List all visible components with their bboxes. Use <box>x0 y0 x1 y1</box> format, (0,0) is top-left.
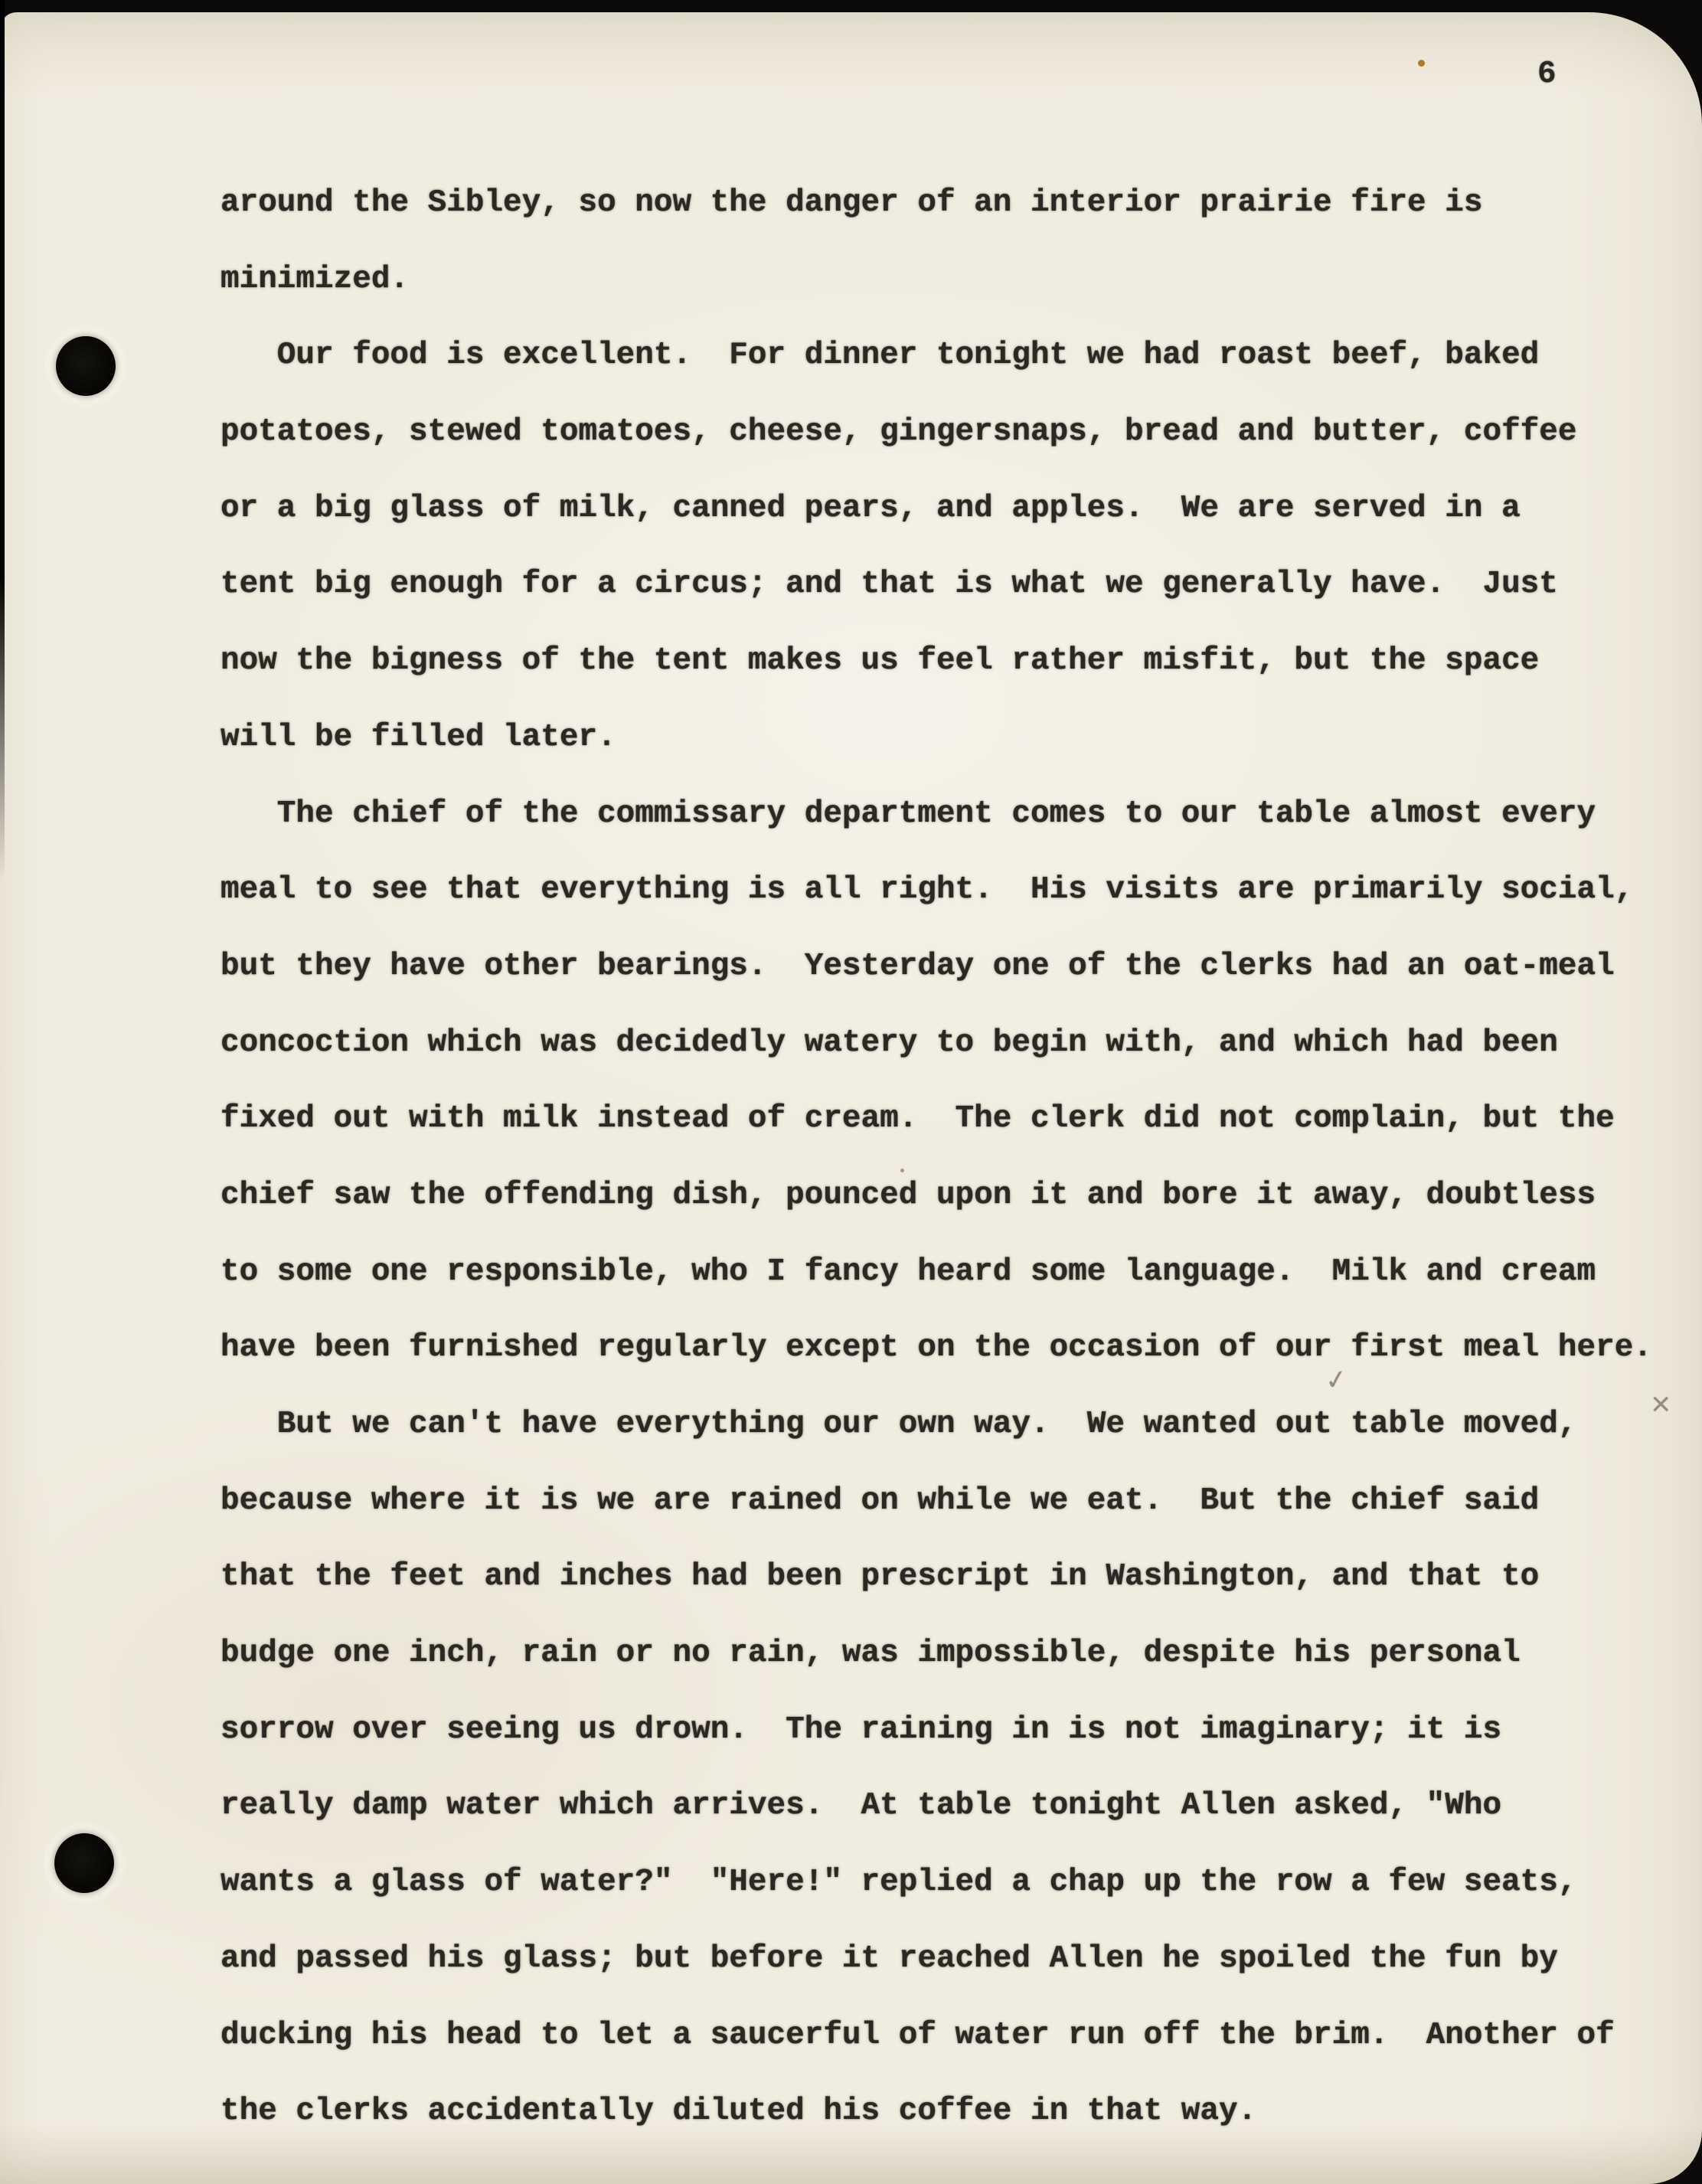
hole-punch-top-icon <box>56 336 116 396</box>
text-line: chief saw the offending dish, pounced up… <box>221 1158 1702 1234</box>
text-line: really damp water which arrives. At tabl… <box>221 1768 1702 1845</box>
paper-speck <box>1418 60 1425 67</box>
text-line: ducking his head to let a saucerful of w… <box>221 1998 1702 2074</box>
text-line: potatoes, stewed tomatoes, cheese, ginge… <box>221 394 1702 471</box>
text-line: But we can't have everything our own way… <box>221 1387 1702 1463</box>
text-line: but they have other bearings. Yesterday … <box>221 929 1702 1005</box>
text-line: Our food is excellent. For dinner tonigh… <box>221 318 1702 394</box>
hole-punch-bottom-icon <box>54 1833 114 1893</box>
text-line: tent big enough for a circus; and that i… <box>221 547 1702 623</box>
text-line: or a big glass of milk, canned pears, an… <box>221 471 1702 548</box>
text-line: to some one responsible, who I fancy hea… <box>221 1234 1702 1311</box>
text-line: minimized. <box>221 242 1702 319</box>
text-line: around the Sibley, so now the danger of … <box>221 165 1702 242</box>
pencil-x-mark: × <box>1651 1388 1671 1426</box>
text-line: wants a glass of water?" "Here!" replied… <box>221 1845 1702 1921</box>
text-line: now the bigness of the tent makes us fee… <box>221 623 1702 700</box>
text-line: have been furnished regularly except on … <box>221 1310 1702 1387</box>
scan-left-edge <box>0 0 5 881</box>
text-line: meal to see that everything is all right… <box>221 852 1702 929</box>
text-line: the clerks accidentally diluted his coff… <box>221 2074 1702 2150</box>
scan-background: 6 around the Sibley, so now the danger o… <box>0 0 1702 2184</box>
text-line: concoction which was decidedly watery to… <box>221 1005 1702 1082</box>
text-line: budge one inch, rain or no rain, was imp… <box>221 1616 1702 1692</box>
text-line: sorrow over seeing us drown. The raining… <box>221 1692 1702 1769</box>
page-number: 6 <box>1537 57 1557 92</box>
document-page: 6 around the Sibley, so now the danger o… <box>0 12 1702 2184</box>
text-line: will be filled later. <box>221 700 1702 776</box>
text-line: that the feet and inches had been prescr… <box>221 1539 1702 1616</box>
text-line: The chief of the commissary department c… <box>221 776 1702 853</box>
text-line: because where it is we are rained on whi… <box>221 1463 1702 1540</box>
text-line: and passed his glass; but before it reac… <box>221 1921 1702 1998</box>
text-line: fixed out with milk instead of cream. Th… <box>221 1081 1702 1158</box>
paper-speck <box>900 1169 904 1172</box>
typed-text-body: around the Sibley, so now the danger of … <box>221 165 1702 2150</box>
